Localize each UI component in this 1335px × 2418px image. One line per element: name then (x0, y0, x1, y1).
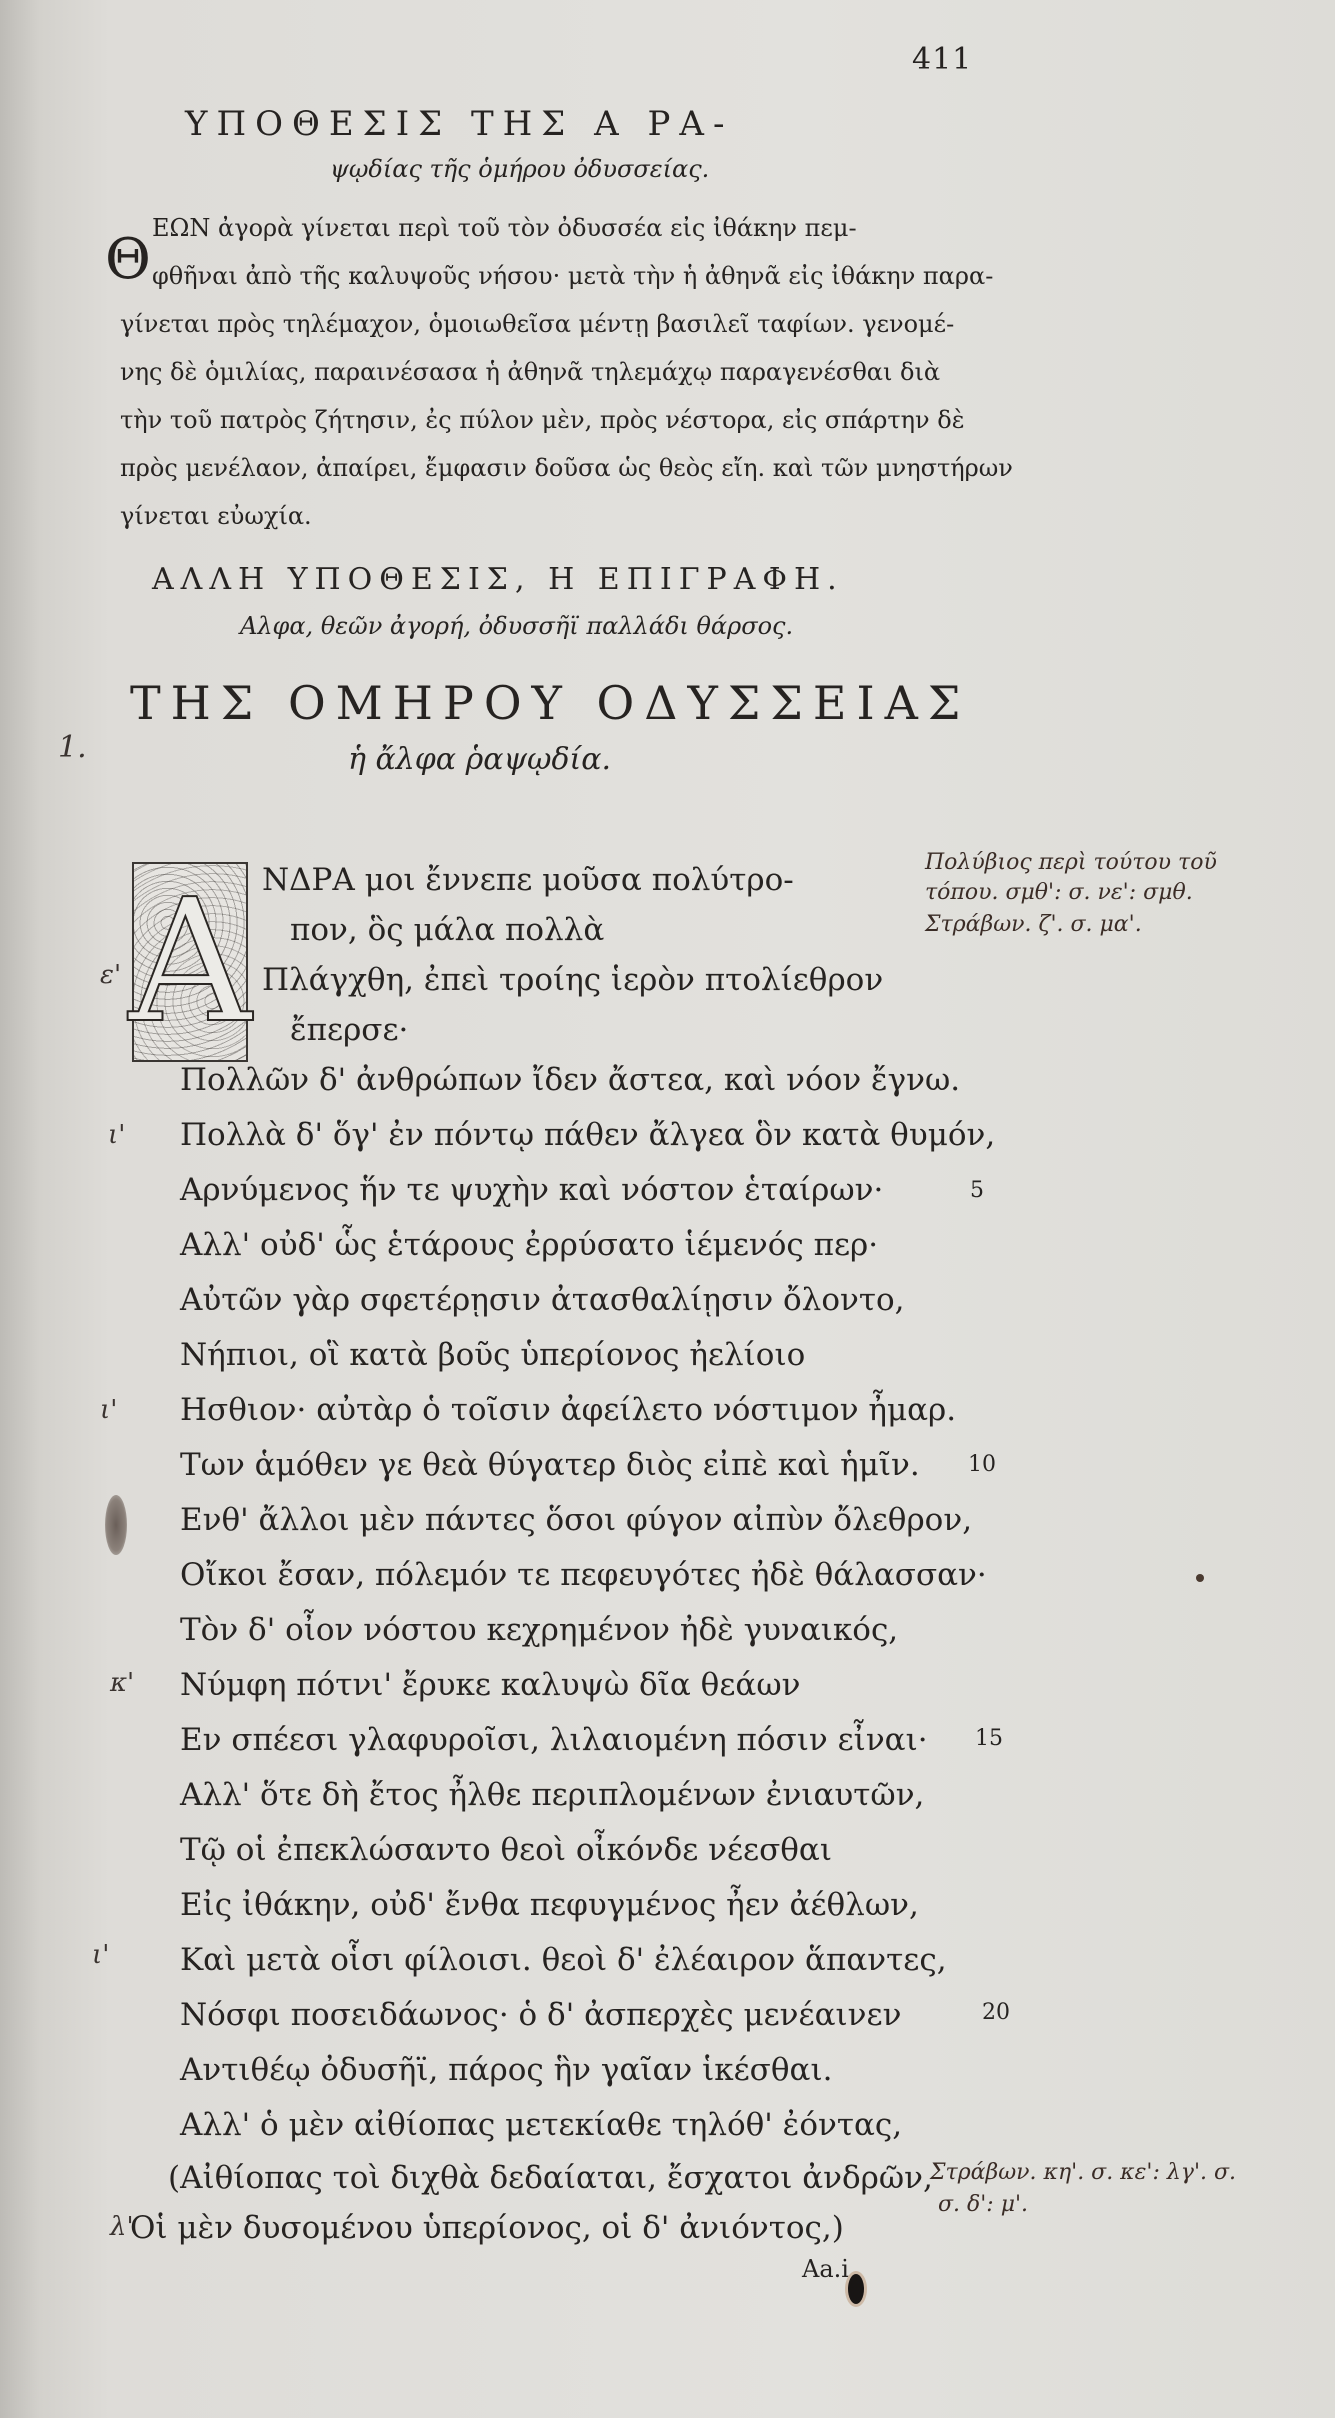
verse-line: Πολλὰ δ' ὅγ' ἐν πόντῳ πάθεν ἄλγεα ὃν κατ… (180, 1117, 995, 1153)
verse-line: Των ἁμόθεν γε θεὰ θύγατερ διὸς εἰπὲ καὶ … (180, 1447, 920, 1483)
verse-line: Νήπιοι, οἳ κατὰ βοῦς ὑπερίονος ἠελίοιο (180, 1337, 805, 1373)
verse-line: Αρνύμενος ἥν τε ψυχὴν καὶ νόστον ἑταίρων… (180, 1172, 883, 1208)
signature-mark: Aa.i. (802, 2255, 857, 2283)
hypothesis-line: πρὸς μενέλαον, ἀπαίρει, ἔμφασιν δοῦσα ὡς… (120, 454, 1013, 482)
line-number: 15 (975, 1726, 1003, 1751)
page-number: 411 (912, 42, 972, 77)
line-number: 20 (982, 2000, 1010, 2025)
verse-line: Πλάγχθη, ἐπεὶ τροίης ἱερὸν πτολίεθρον (262, 962, 883, 998)
verse-line: Αὐτῶν γὰρ σφετέρῃσιν ἀτασθαλίῃσιν ὄλοντο… (180, 1282, 905, 1318)
decorated-initial-alpha: Α (132, 862, 248, 1062)
verse-line: Πολλῶν δ' ἀνθρώπων ἴδεν ἄστεα, καὶ νόον … (180, 1062, 960, 1098)
margin-mark-book: 1. (58, 730, 87, 765)
hypothesis-line: γίνεται εὐωχία. (120, 502, 312, 530)
verse-line: Τῷ οἱ ἐπεκλώσαντο θεοὶ οἶκόνδε νέεσθαι (180, 1832, 832, 1868)
hypothesis-line: φθῆναι ἀπὸ τῆς καλυψοῦς νήσου· μετὰ τὴν … (152, 262, 993, 290)
book-page: 411 ΥΠΟΘΕΣΙΣ ΤΗΣ Α ΡΑ- ψῳδίας τῆς ὁμήρου… (0, 0, 1335, 2418)
margin-mark: κ' (110, 1668, 134, 1698)
verse-line: Οἴκοι ἔσαν, πόλεμόν τε πεφευγότες ἠδὲ θά… (180, 1557, 987, 1593)
ink-speck (1196, 1574, 1204, 1582)
verse-line: Ενθ' ἄλλοι μὲν πάντες ὅσοι φύγον αἰπὺν ὄ… (180, 1502, 972, 1538)
marginal-note-line: Στράβων. ζ'. σ. μα'. (925, 912, 1142, 937)
verse-line: Αντιθέῳ ὀδυσῆϊ, πάρος ἣν γαῖαν ἱκέσθαι. (180, 2052, 832, 2088)
marginal-note-line: τόπου. σμθ': σ. νε': σμθ. (925, 880, 1193, 905)
hypothesis-line: τὴν τοῦ πατρὸς ζήτησιν, ἐς πύλον μὲν, πρ… (120, 406, 965, 434)
verse-line: Αλλ' ὁ μὲν αἰθίοπας μετεκίαθε τηλόθ' ἐόν… (180, 2107, 902, 2143)
hypothesis-line: ΕΩΝ ἀγορὰ γίνεται περὶ τοῦ τὸν ὀδυσσέα ε… (152, 214, 857, 242)
hypothesis-drop-initial: Θ (105, 232, 151, 288)
verse-line: Ησθιον· αὐτὰρ ὁ τοῖσιν ἀφείλετο νόστιμον… (180, 1392, 956, 1428)
hypothesis-line: γίνεται πρὸς τηλέμαχον, ὁμοιωθεῖσα μέντῃ… (120, 310, 954, 338)
line-number: 5 (970, 1178, 984, 1203)
verse-line: Νόσφι ποσειδάωνος· ὁ δ' ἀσπερχὲς μενέαιν… (180, 1997, 901, 2033)
ink-stain (105, 1495, 127, 1555)
marginal-note-line: Στράβων. κη'. σ. κε': λγ'. σ. (930, 2160, 1236, 2185)
margin-mark: ε' (100, 960, 121, 990)
margin-mark: ι' (92, 1940, 109, 1970)
book-title: ΤΗΣ ΟΜΗΡΟΥ ΟΔΥΣΣΕΙΑΣ (130, 676, 970, 730)
hypothesis-subtitle: ψῳδίας τῆς ὁμήρου ὀδυσσείας. (330, 155, 709, 183)
other-hypothesis-title: ΑΛΛΗ ΥΠΟΘΕΣΙΣ, Η ΕΠΙΓΡΑΦΗ. (152, 562, 844, 597)
verse-line: πον, ὃς μάλα πολλὰ (290, 912, 604, 948)
other-hypothesis-line: Αλφα, θεῶν ἀγορή, ὀδυσσῆϊ παλλάδι θάρσος… (240, 612, 793, 640)
verse-line: Αλλ' ὅτε δὴ ἔτος ἦλθε περιπλομένων ἐνιαυ… (180, 1777, 924, 1813)
verse-line: Καὶ μετὰ οἷσι φίλοισι. θεοὶ δ' ἐλέαιρον … (180, 1942, 947, 1978)
hypothesis-title: ΥΠΟΘΕΣΙΣ ΤΗΣ Α ΡΑ- (185, 104, 733, 144)
verse-line: Εν σπέεσι γλαφυροῖσι, λιλαιομένη πόσιν ε… (180, 1722, 928, 1758)
marginal-note-line: Πολύβιος περὶ τούτου τοῦ (925, 850, 1217, 875)
verse-line: Οἱ μὲν δυσομένου ὑπερίονος, οἱ δ' ἀνιόντ… (130, 2210, 844, 2246)
verse-line: ΝΔΡΑ μοι ἔννεπε μοῦσα πολύτρο- (262, 862, 794, 898)
verse-line: Αλλ' οὐδ' ὧς ἑτάρους ἐρρύσατο ἱέμενός πε… (180, 1227, 878, 1263)
margin-mark: ι' (108, 1120, 125, 1150)
hypothesis-line: νης δὲ ὁμιλίας, παραινέσασα ἡ ἀθηνᾶ τηλε… (120, 358, 940, 386)
verse-line: Τὸν δ' οἶον νόστου κεχρημένον ἠδὲ γυναικ… (180, 1612, 898, 1648)
initial-letter: Α (129, 877, 252, 1047)
book-subtitle: ἡ ἄλφα ῥαψῳδία. (348, 742, 611, 777)
line-number: 10 (968, 1452, 996, 1477)
margin-mark: ι' (100, 1395, 117, 1425)
marginal-note-line: σ. δ': μ'. (938, 2192, 1028, 2217)
verse-line: Εἰς ἰθάκην, οὐδ' ἔνθα πεφυγμένος ἦεν ἀέθ… (180, 1887, 919, 1923)
verse-line: ἔπερσε· (290, 1012, 408, 1048)
worm-hole (848, 2274, 864, 2304)
verse-line: Νύμφη πότνι' ἔρυκε καλυψὼ δῖα θεάων (180, 1667, 800, 1703)
verse-line: (Αἰθίοπας τοὶ διχθὰ δεδαίαται, ἔσχατοι ἀ… (168, 2160, 933, 2196)
